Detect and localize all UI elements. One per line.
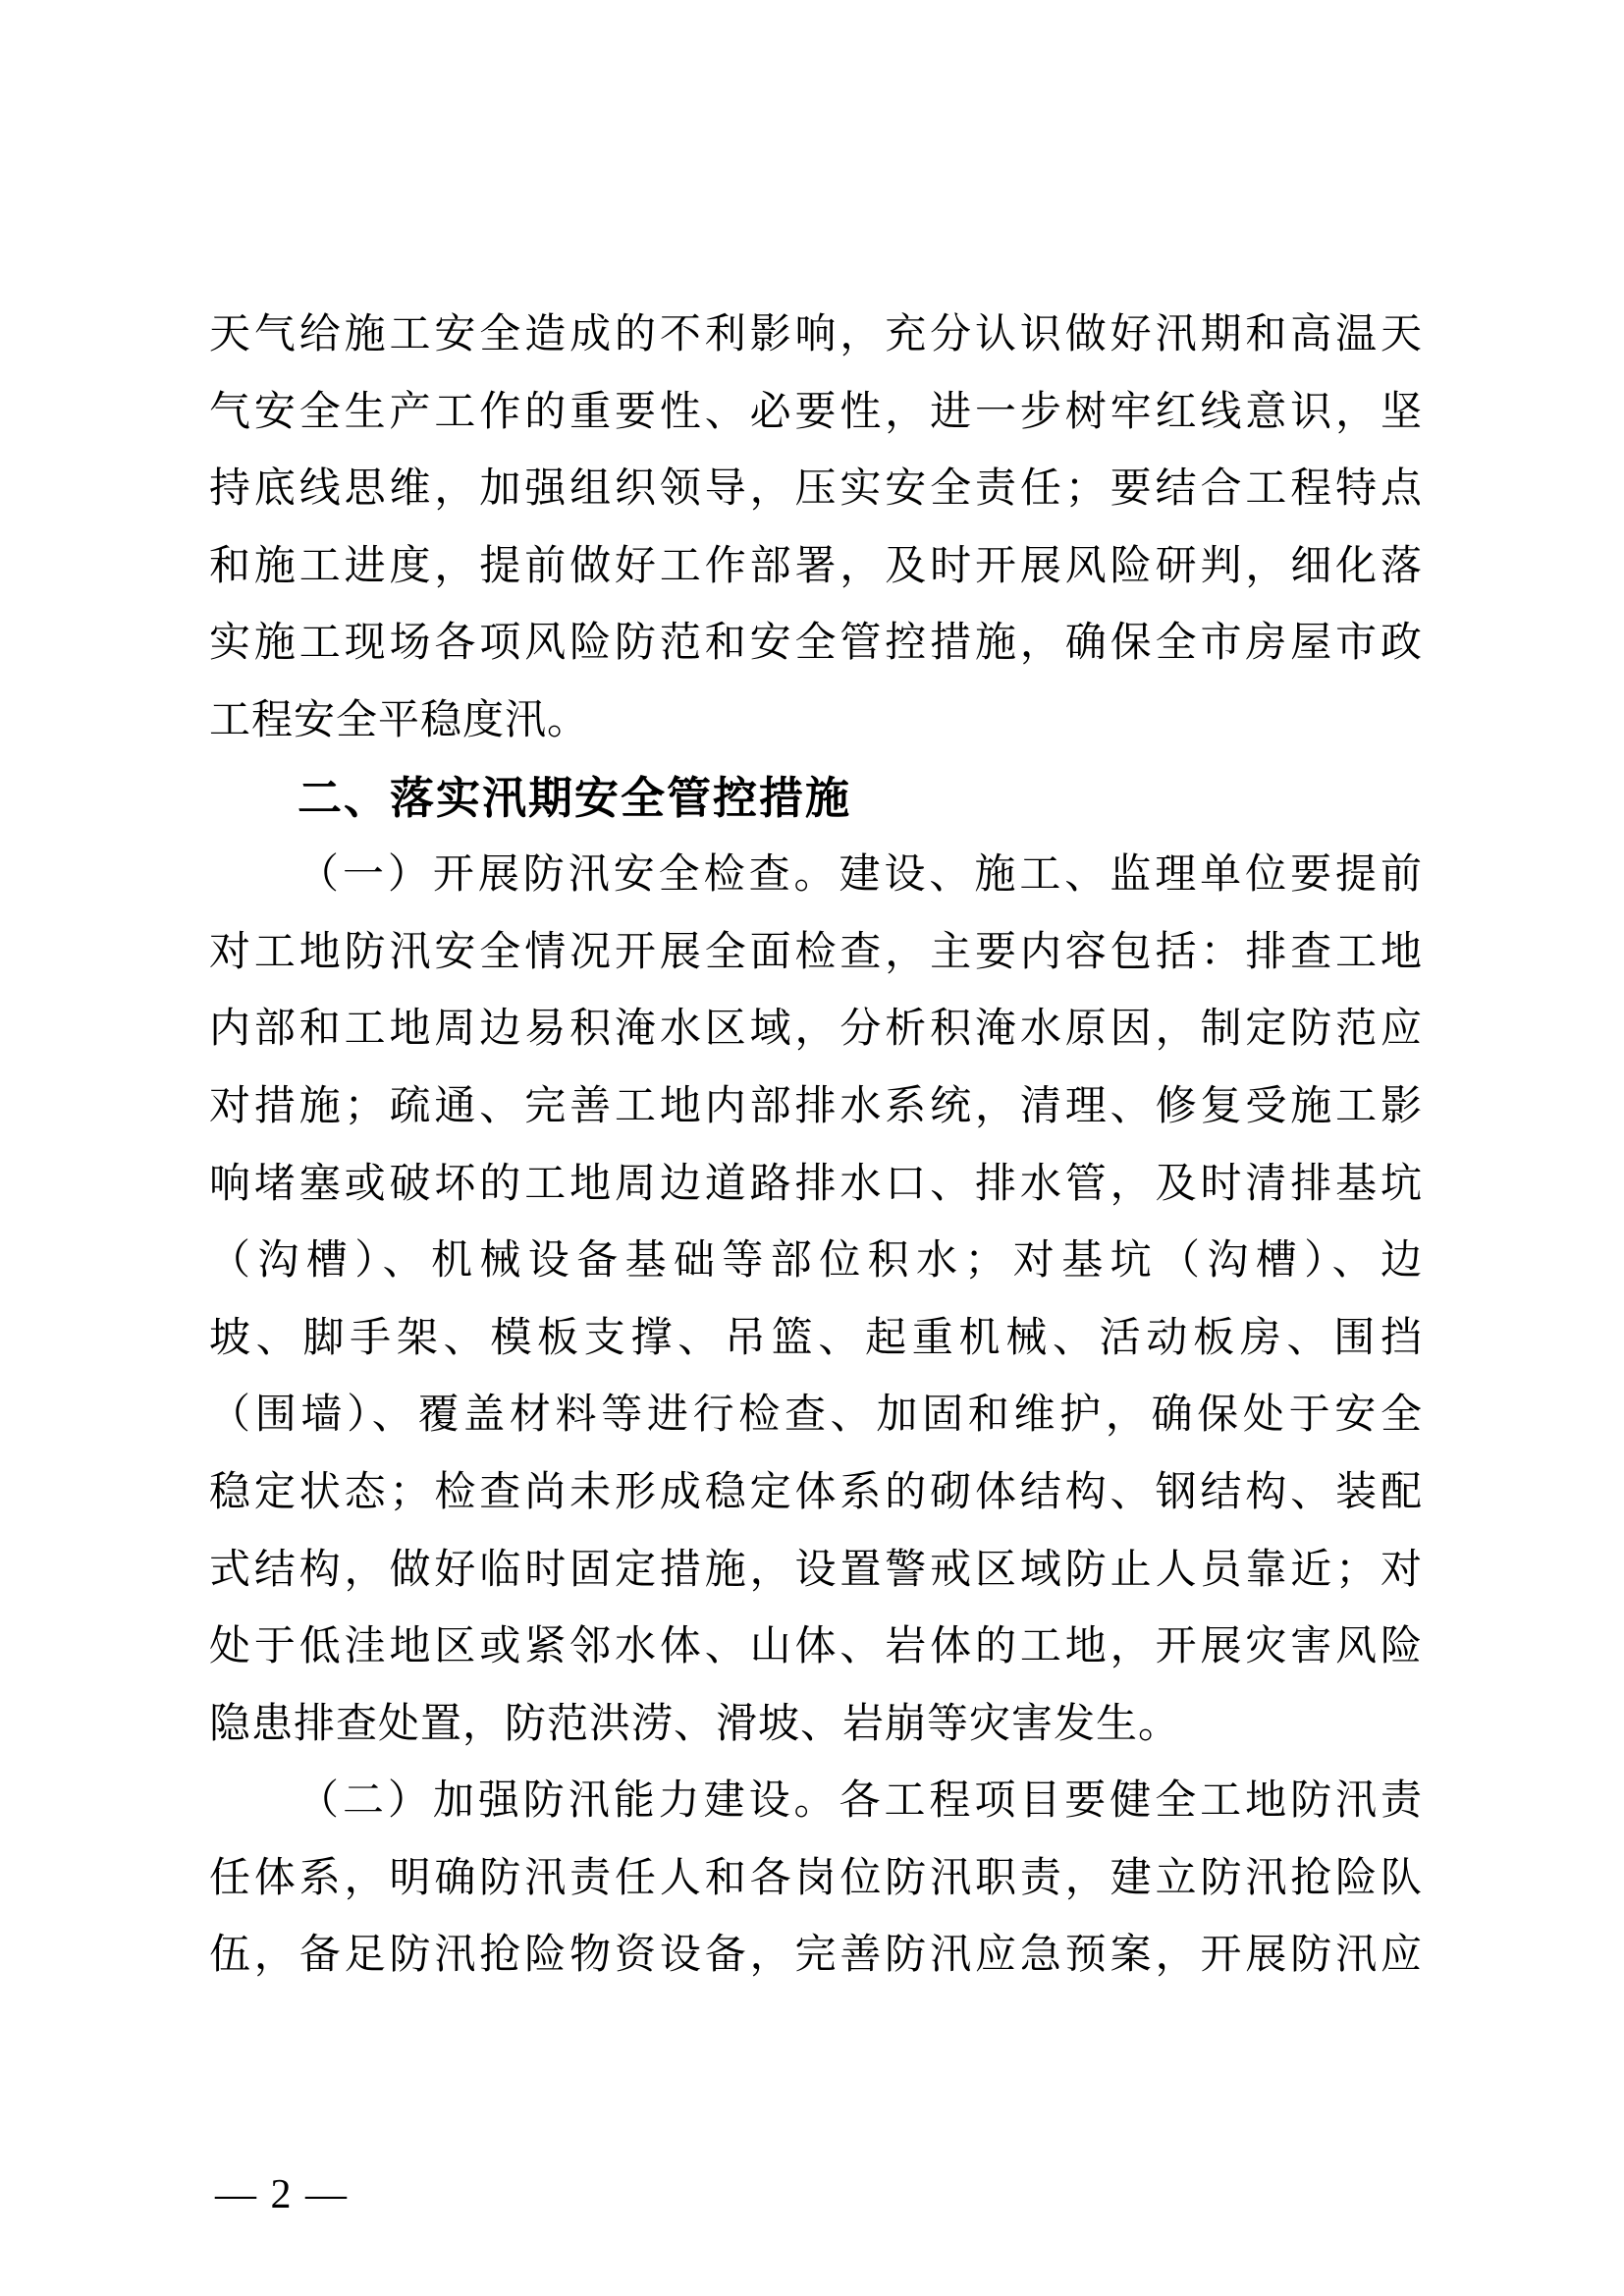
- section-heading: 二、落实汛期安全管控措施: [209, 760, 1423, 838]
- text-line: 实施工现场各项风险防范和安全管控措施，确保全市房屋市政: [209, 605, 1423, 683]
- text-line: 天气给施工安全造成的不利影响，充分认识做好汛期和高温天: [209, 297, 1423, 374]
- text-line: 处于低洼地区或紧邻水体、山体、岩体的工地，开展灾害风险: [209, 1609, 1423, 1686]
- text-line: （二）加强防汛能力建设。各工程项目要健全工地防汛责: [209, 1763, 1423, 1840]
- text-line: 隐患排查处置，防范洪涝、滑坡、岩崩等灾害发生。: [209, 1686, 1423, 1764]
- text-line: （围墙）、覆盖材料等进行检查、加固和维护，确保处于安全: [209, 1377, 1423, 1454]
- text-line: 伍，备足防汛抢险物资设备，完善防汛应急预案，开展防汛应: [209, 1917, 1423, 1995]
- text-line: 工程安全平稳度汛。: [209, 683, 1423, 760]
- document-body: 天气给施工安全造成的不利影响，充分认识做好汛期和高温天 气安全生产工作的重要性、…: [209, 297, 1423, 1995]
- text-line: （沟槽）、机械设备基础等部位积水；对基坑（沟槽）、边: [209, 1223, 1423, 1300]
- text-line: 稳定状态；检查尚未形成稳定体系的砌体结构、钢结构、装配: [209, 1454, 1423, 1532]
- text-line: 对工地防汛安全情况开展全面检查，主要内容包括：排查工地: [209, 914, 1423, 992]
- text-line: 坡、脚手架、模板支撑、吊篮、起重机械、活动板房、围挡: [209, 1300, 1423, 1378]
- text-line: 响堵塞或破坏的工地周边道路排水口、排水管，及时清排基坑: [209, 1146, 1423, 1224]
- text-line: 持底线思维，加强组织领导，压实安全责任；要结合工程特点: [209, 451, 1423, 528]
- document-page: 天气给施工安全造成的不利影响，充分认识做好汛期和高温天 气安全生产工作的重要性、…: [0, 0, 1624, 2296]
- text-line: （一）开展防汛安全检查。建设、施工、监理单位要提前: [209, 837, 1423, 914]
- text-line: 和施工进度，提前做好工作部署，及时开展风险研判，细化落: [209, 528, 1423, 606]
- page-number: — 2 —: [215, 2172, 349, 2217]
- text-line: 式结构，做好临时固定措施，设置警戒区域防止人员靠近；对: [209, 1532, 1423, 1610]
- text-line: 对措施；疏通、完善工地内部排水系统，清理、修复受施工影: [209, 1068, 1423, 1146]
- text-line: 内部和工地周边易积淹水区域，分析积淹水原因，制定防范应: [209, 991, 1423, 1068]
- text-line: 任体系，明确防汛责任人和各岗位防汛职责，建立防汛抢险队: [209, 1840, 1423, 1918]
- text-line: 气安全生产工作的重要性、必要性，进一步树牢红线意识，坚: [209, 374, 1423, 452]
